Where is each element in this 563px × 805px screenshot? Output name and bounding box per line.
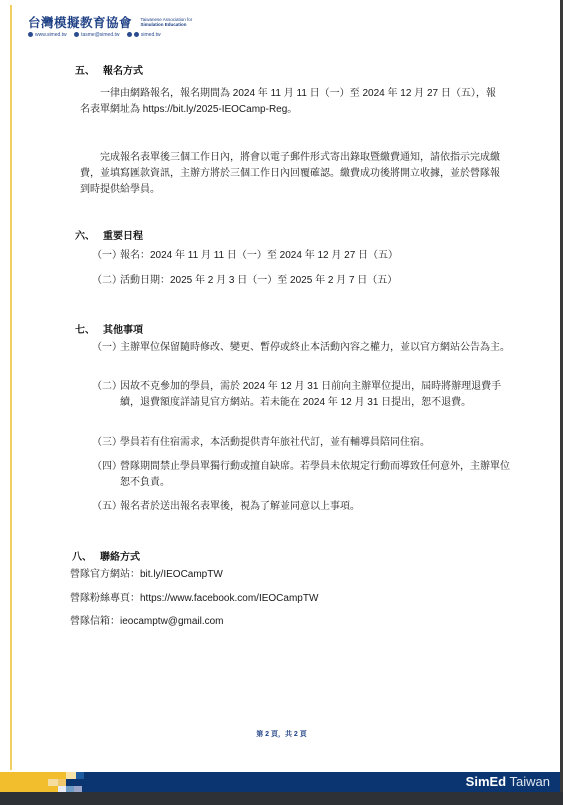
footer-brand: SimEd Taiwan (466, 774, 550, 789)
section-7-heading: 七、其他事項 (75, 321, 143, 336)
org-links: www.simed.tw tasme@simed.tw simed.tw (28, 32, 192, 38)
footer-pixel (48, 779, 58, 786)
notice-item: （一）主辦單位保留隨時修改、變更、暫停或終止本活動內容之權力，並以官方網站公告為… (92, 340, 512, 356)
social-link[interactable]: simed.tw (141, 32, 161, 38)
registration-paragraph: 一律由網路報名，報名期間為 2024 年 11 月 11 日（一）至 2024 … (80, 86, 500, 118)
globe-icon (28, 32, 33, 37)
section-8-heading: 八、聯絡方式 (72, 548, 140, 563)
notice-item: （五）報名者於送出報名表單後，視為了解並同意以上事項。 (92, 499, 512, 515)
footer-pixel (76, 772, 84, 779)
payment-paragraph: 完成報名表單後三個工作日內，將會以電子郵件形式寄出錄取暨繳費通知，請依指示完成繳… (80, 150, 500, 198)
footer-pixel (58, 779, 66, 786)
section-6-heading: 六、重要日程 (75, 227, 143, 242)
viewer-bottom-bar (0, 792, 563, 805)
contact-website[interactable]: 營隊官方網站：bit.ly/IEOCampTW (70, 567, 223, 583)
org-name-zh: 台灣模擬教育協會 (28, 13, 132, 31)
schedule-item: （一）報名：2024 年 11 月 11 日（一）至 2024 年 12 月 2… (92, 248, 512, 264)
left-accent-rule (10, 5, 12, 770)
email-icon (74, 32, 79, 37)
notice-item: （二）因故不克參加的學員，需於 2024 年 12 月 31 日前向主辦單位提出… (92, 379, 512, 411)
email-link[interactable]: tasme@simed.tw (81, 32, 119, 38)
instagram-icon (134, 32, 139, 37)
website-link[interactable]: www.simed.tw (35, 32, 67, 38)
section-5-heading: 五、報名方式 (75, 62, 143, 77)
contact-facebook[interactable]: 營隊粉絲專頁：https://www.facebook.com/IEOCampT… (70, 591, 318, 607)
org-name-en: Taiwanese Association for Simulation Edu… (140, 17, 192, 27)
footer-banner: SimEd Taiwan (0, 772, 560, 792)
notice-item: （三）學員若有住宿需求，本活動提供青年旅社代訂，並有輔導員陪同住宿。 (92, 435, 512, 451)
notice-item: （四）營隊期間禁止學員單獨行動或擅自缺席。若學員未依規定行動而導致任何意外，主辦… (92, 459, 512, 491)
org-logo: 台灣模擬教育協會 Taiwanese Association for Simul… (28, 13, 192, 38)
document-page: 台灣模擬教育協會 Taiwanese Association for Simul… (0, 0, 560, 797)
page-number: 第 2 頁，共 2 頁 (0, 729, 563, 739)
footer-pixel (66, 772, 76, 779)
schedule-item: （二）活動日期：2025 年 2 月 3 日（一）至 2025 年 2 月 7 … (92, 273, 512, 289)
facebook-icon (127, 32, 132, 37)
contact-email[interactable]: 營隊信箱：ieocamptw@gmail.com (70, 614, 224, 630)
